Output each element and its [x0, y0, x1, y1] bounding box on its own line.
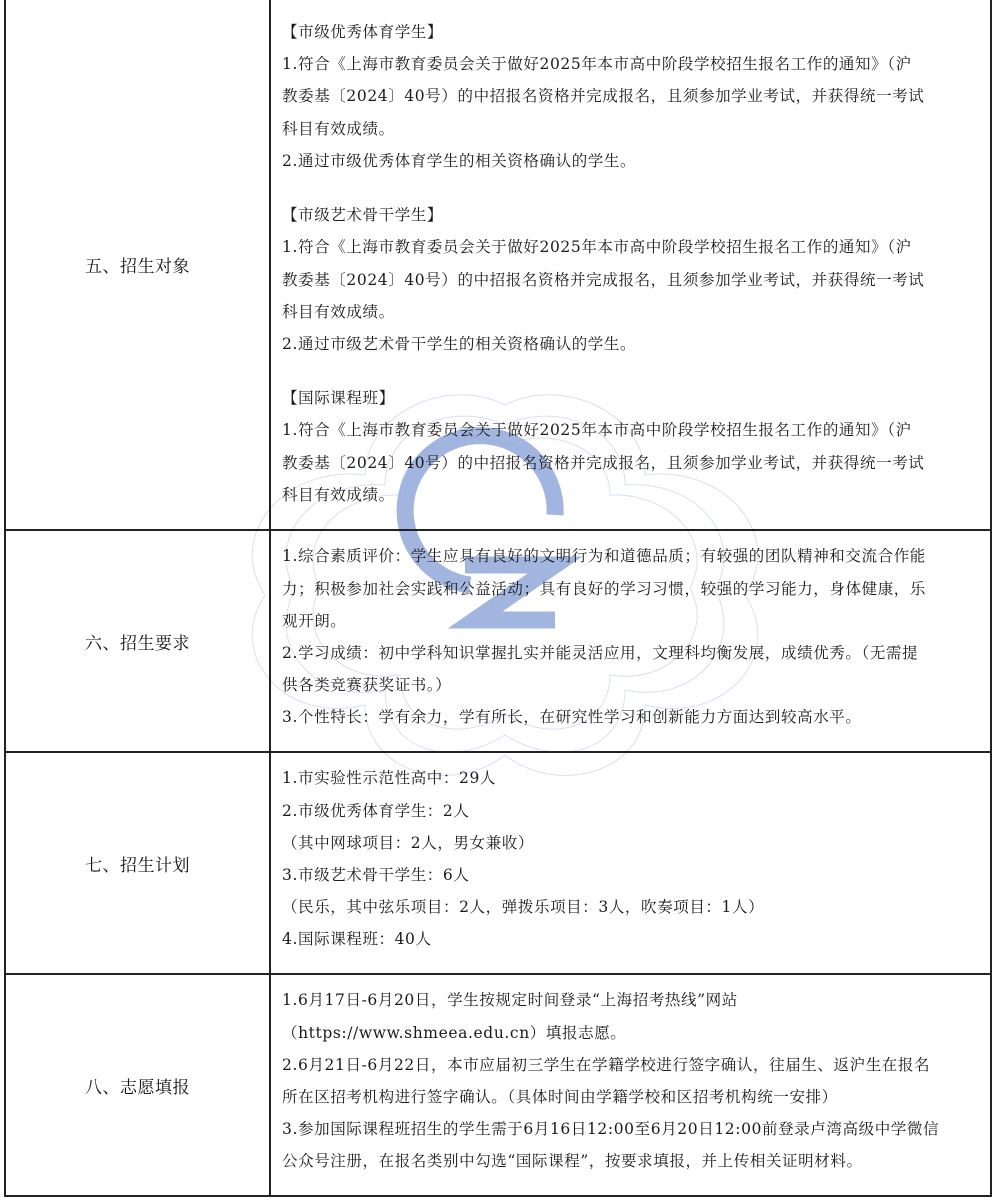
row-content: 【市级优秀体育学生】 1.符合《上海市教育委员会关于做好2025年本市高中阶段学…: [270, 0, 991, 530]
row-content: 1.6月17日-6月20日，学生按规定时间登录“上海招考热线”网站 （https…: [270, 974, 991, 1196]
text-line: 教委基〔2024〕40号）的中招报名资格并完成报名，且须参加学业考试，并获得统一…: [282, 447, 990, 479]
text-line: 2.学习成绩：初中学科知识掌握扎实并能灵活应用，文理科均衡发展，成绩优秀。（无需…: [282, 637, 990, 669]
text-line: 科目有效成绩。: [282, 113, 990, 145]
website-text-line: （https://www.shmeea.edu.cn）填报志愿。: [282, 1017, 990, 1049]
text-line: 3.个性特长：学有余力，学有所长，在研究性学习和创新能力方面达到较高水平。: [282, 701, 990, 733]
text-line: 3.参加国际课程班招生的学生需于6月16日12:00至6月20日12:00前登录…: [282, 1113, 990, 1145]
text-line: 1.符合《上海市教育委员会关于做好2025年本市高中阶段学校招生报名工作的通知》…: [282, 48, 990, 80]
section-title: 【国际课程班】: [282, 382, 990, 414]
text-line: 2.通过市级优秀体育学生的相关资格确认的学生。: [282, 145, 990, 177]
text-line: 3.市级艺术骨干学生：6人: [282, 859, 990, 891]
admission-info-table: 五、招生对象 【市级优秀体育学生】 1.符合《上海市教育委员会关于做好2025年…: [4, 0, 992, 1197]
text-line: （民乐，其中弦乐项目：2人，弹拨乐项目：3人，吹奏项目：1人）: [282, 891, 990, 923]
text-line: 科目有效成绩。: [282, 479, 990, 511]
text-line: （其中网球项目：2人，男女兼收）: [282, 827, 990, 859]
row-label: 八、志愿填报: [5, 974, 270, 1196]
text-line: 4.国际课程班：40人: [282, 923, 990, 955]
text-line: 2.通过市级艺术骨干学生的相关资格确认的学生。: [282, 328, 990, 360]
text-line: 教委基〔2024〕40号）的中招报名资格并完成报名，且须参加学业考试，并获得统一…: [282, 80, 990, 112]
text-line: 1.符合《上海市教育委员会关于做好2025年本市高中阶段学校招生报名工作的通知》…: [282, 231, 990, 263]
text-line: 供各类竞赛获奖证书。）: [282, 669, 990, 701]
row-content: 1.市实验性示范性高中：29人 2.市级优秀体育学生：2人 （其中网球项目：2人…: [270, 752, 991, 974]
section-title: 【市级优秀体育学生】: [282, 16, 990, 48]
text-line: 所在区招考机构进行签字确认。（具体时间由学籍学校和区招考机构统一安排）: [282, 1081, 990, 1113]
text-line: 1.6月17日-6月20日，学生按规定时间登录“上海招考热线”网站: [282, 984, 990, 1016]
row-admission-requirements: 六、招生要求 1.综合素质评价：学生应具有良好的文明行为和道德品质；有较强的团队…: [5, 530, 991, 752]
text-line: 公众号注册，在报名类别中勾选“国际课程”，按要求填报，并上传相关证明材料。: [282, 1145, 990, 1177]
row-label: 七、招生计划: [5, 752, 270, 974]
text-line: 2.市级优秀体育学生：2人: [282, 795, 990, 827]
section-art-students: 【市级艺术骨干学生】 1.符合《上海市教育委员会关于做好2025年本市高中阶段学…: [282, 199, 990, 360]
row-admission-plan: 七、招生计划 1.市实验性示范性高中：29人 2.市级优秀体育学生：2人 （其中…: [5, 752, 991, 974]
row-admission-targets: 五、招生对象 【市级优秀体育学生】 1.符合《上海市教育委员会关于做好2025年…: [5, 0, 991, 530]
text-line: 科目有效成绩。: [282, 296, 990, 328]
text-line: 教委基〔2024〕40号）的中招报名资格并完成报名，且须参加学业考试，并获得统一…: [282, 264, 990, 296]
section-title: 【市级艺术骨干学生】: [282, 199, 990, 231]
row-label: 五、招生对象: [5, 0, 270, 530]
section-sports-students: 【市级优秀体育学生】 1.符合《上海市教育委员会关于做好2025年本市高中阶段学…: [282, 16, 990, 177]
text-line: 2.6月21日-6月22日，本市应届初三学生在学籍学校进行签字确认，往届生、返沪…: [282, 1049, 990, 1081]
row-label: 六、招生要求: [5, 530, 270, 752]
section-international-class: 【国际课程班】 1.符合《上海市教育委员会关于做好2025年本市高中阶段学校招生…: [282, 382, 990, 511]
text-line: 1.综合素质评价：学生应具有良好的文明行为和道德品质；有较强的团队精神和交流合作…: [282, 540, 990, 572]
row-content: 1.综合素质评价：学生应具有良好的文明行为和道德品质；有较强的团队精神和交流合作…: [270, 530, 991, 752]
text-line: 1.市实验性示范性高中：29人: [282, 762, 990, 794]
row-application-filling: 八、志愿填报 1.6月17日-6月20日，学生按规定时间登录“上海招考热线”网站…: [5, 974, 991, 1196]
text-line: 力；积极参加社会实践和公益活动；具有良好的学习习惯，较强的学习能力，身体健康，乐: [282, 573, 990, 605]
text-line: 观开朗。: [282, 605, 990, 637]
text-line: 1.符合《上海市教育委员会关于做好2025年本市高中阶段学校招生报名工作的通知》…: [282, 414, 990, 446]
